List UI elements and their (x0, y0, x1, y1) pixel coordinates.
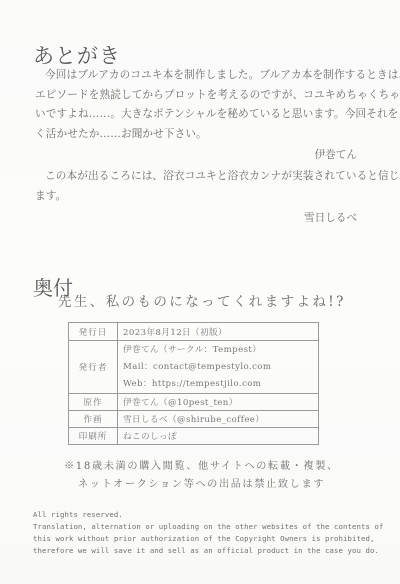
afterword-paragraph1-line: エピソードを熟読してからプロットを考えるのですが、コユキめちゃくちゃ可愛 (35, 88, 400, 102)
colophon-row-publish-date: 発行日 2023年8月12日（初版） (69, 323, 319, 341)
afterword-signature-artist: 雪日しるべ (304, 211, 357, 225)
colophon-label: 印刷所 (69, 428, 118, 445)
copyright-line: this work without prior authorization of… (33, 533, 374, 545)
afterword-paragraph1-line: いですよね……。大きなポテンシャルを秘めていると思います。今回それを上手 (35, 107, 400, 121)
notice-line: ネットオークション等への出品は禁止致します (78, 478, 325, 492)
publisher-mail: Mail：contact@tempestylo.com (123, 359, 318, 376)
colophon-row-publisher: 発行者 伊巻てん（サークル：Tempest） Mail：contact@temp… (69, 341, 319, 394)
colophon-label: 原作 (69, 394, 118, 411)
colophon-row-art: 作画 雪日しるべ（@shirube_coffee） (69, 411, 319, 428)
afterword-paragraph1-line: く活かせたか……お聞かせ下さい。 (35, 127, 207, 141)
notice-line: ※18歳未満の購入閲覧、他サイトへの転載・複製、 (64, 460, 339, 474)
colophon-label: 発行者 (69, 341, 118, 394)
publisher-circle: 伊巻てん（サークル：Tempest） (123, 342, 318, 359)
copyright-line: All rights reserved. (33, 509, 123, 521)
colophon-label: 作画 (69, 411, 118, 428)
copyright-line: therefore we will save it and sell as an… (33, 545, 379, 557)
copyright-line: Translation, alternation or uploading on… (33, 521, 383, 533)
colophon-value-group: 伊巻てん（サークル：Tempest） Mail：contact@tempesty… (118, 341, 319, 394)
colophon-table: 発行日 2023年8月12日（初版） 発行者 伊巻てん（サークル：Tempest… (68, 322, 319, 445)
colophon-row-printer: 印刷所 ねこのしっぽ (69, 428, 319, 445)
afterword-heading: あとがき (33, 44, 121, 68)
colophon-label: 発行日 (69, 323, 118, 341)
document-page: あとがき 今回はブルアカのコユキ本を制作しました。ブルアカ本を制作するときは、絆… (0, 0, 400, 584)
afterword-paragraph2-line: ます。 (35, 189, 66, 203)
publisher-web: Web：https://tempestjilo.com (123, 376, 318, 393)
colophon-value: 伊巻てん（@10pest_ten） (118, 394, 319, 411)
colophon-row-original-work: 原作 伊巻てん（@10pest_ten） (69, 394, 319, 411)
afterword-paragraph1-line: 今回はブルアカのコユキ本を制作しました。ブルアカ本を制作するときは、絆 (45, 68, 400, 82)
colophon-value: ねこのしっぽ (118, 428, 319, 445)
colophon-value: 2023年8月12日（初版） (118, 323, 319, 341)
book-title: 先生、私のものになってくれますよね!? (58, 294, 346, 311)
afterword-paragraph2-line: この本が出るころには、浴衣コユキと浴衣カンナが実装されていると信じてい (45, 169, 400, 183)
afterword-signature-author: 伊巻てん (315, 148, 357, 162)
colophon-value: 雪日しるべ（@shirube_coffee） (118, 411, 319, 428)
